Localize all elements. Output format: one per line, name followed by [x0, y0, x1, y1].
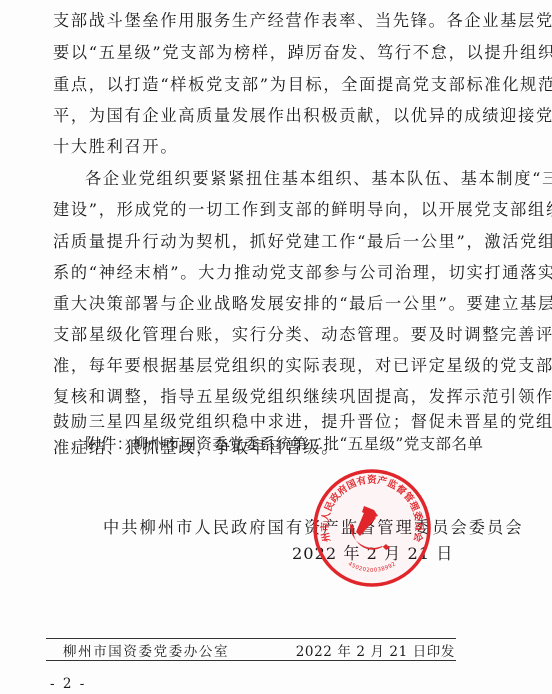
body-text-line: 支部战斗堡垒作用服务生产经营作表率、当先锋。各企业基层党支部: [53, 11, 473, 31]
body-text-line: 平，为国有企业高质量发展作出积极贡献，以优异的成绩迎接党的二: [53, 106, 473, 126]
body-text-line: 要以“五星级”党支部为榜样，踔厉奋发、笃行不怠，以提升组织力为: [53, 43, 473, 63]
body-text-line: 支部星级化管理台账，实行分类、动态管理。要及时调整完善评价标: [53, 325, 473, 345]
body-text-line: 各企业党组织要紧紧扭住基本组织、基本队伍、基本制度“三基: [85, 169, 473, 189]
body-text-line: 活质量提升行动为契机，抓好党建工作“最后一公里”，激活党组织体: [53, 232, 473, 252]
footer-top-rule: [46, 638, 456, 639]
body-text-line: 准，每年要根据基层党组织的实际表现，对已评定星级的党支部进行: [53, 356, 473, 376]
body-text-line: 重点，以打造“样板党支部”为目标，全面提高党支部标准化规范化水: [53, 75, 473, 95]
body-text-line: 建设”，形成党的一切工作到支部的鲜明导向，以开展党支部组织生: [53, 200, 473, 220]
body-text-line: 复核和调整，指导五星级党组织继续巩固提高，发挥示范引领作用；: [53, 387, 473, 407]
body-text-line: 鼓励三星四星级党组织稳中求进，提升晋位；督促未晋星的党组织找: [53, 412, 473, 432]
body-text-line: 十大胜利召开。: [53, 137, 473, 157]
issuing-office: 柳州市国资委党委办公室: [63, 640, 229, 660]
attachment-note: 附件：柳州市国资委党委系统第二批“五星级”党支部名单: [85, 432, 483, 454]
official-seal-icon: 中共柳州市人民政府国有资产监督管理委员会委员会 4502020038992: [312, 468, 432, 588]
page-number: - 2 -: [50, 676, 86, 692]
issue-date: 2022 年 2 月 21 日印发: [296, 640, 455, 660]
footer-bottom-rule: [46, 660, 456, 661]
body-text-line: 系的“神经末梢”。大力推动党支部参与公司治理，切实打通落实上级: [53, 263, 473, 283]
body-text-line: 重大决策部署与企业战略发展安排的“最后一公里”。要建立基层党: [53, 294, 473, 314]
document-page: 支部战斗堡垒作用服务生产经营作表率、当先锋。各企业基层党支部 要以“五星级”党支…: [0, 0, 552, 694]
